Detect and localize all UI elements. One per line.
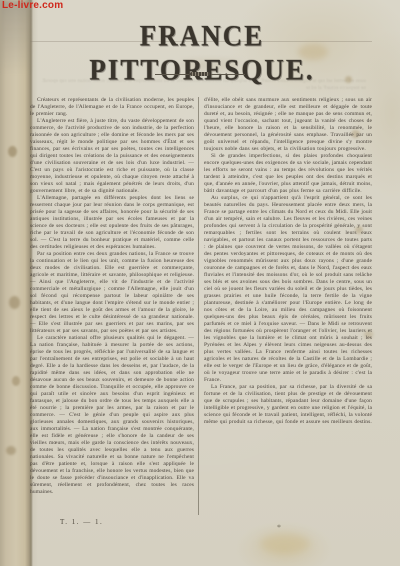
- paper-stain: [260, 534, 310, 554]
- signature-mark: T. 1. — 1.: [60, 518, 103, 526]
- scanned-book-page: Le-livre.com FRANCE PITTORESQUE. suon ed…: [0, 0, 400, 566]
- paragraph: Par sa position entre ces deux grandes n…: [30, 251, 194, 335]
- right-column: d'élite, elle obéit sans murmure aux sen…: [204, 97, 372, 515]
- divider-left-rule: [155, 74, 189, 75]
- paragraph: Si de grandes imperfections, si des plai…: [204, 153, 372, 195]
- divider-right-rule: [211, 74, 245, 75]
- paragraph: Créateurs et représentants de la civilis…: [30, 97, 194, 118]
- masthead: FRANCE PITTORESQUE.: [30, 22, 374, 60]
- seller-watermark: Le-livre.com: [2, 0, 63, 11]
- paragraph: d'élite, elle obéit sans murmure aux sen…: [204, 97, 372, 153]
- paragraph: L'Allemagne, partagée en différents peup…: [30, 195, 194, 251]
- divider-braid-ornament: [190, 72, 210, 76]
- paragraph: L'Angleterre est fière, à juste titre, d…: [30, 118, 194, 195]
- column-divider-rule: [198, 97, 199, 515]
- paragraph: Au surplus, ce qui n'appartient qu'à l'e…: [204, 195, 372, 384]
- ornamental-divider: [0, 71, 400, 77]
- left-column: Créateurs et représentants de la civilis…: [30, 97, 194, 515]
- text-columns: Créateurs et représentants de la civilis…: [30, 97, 372, 515]
- section-mark: *: [277, 523, 281, 532]
- paragraph: La France, par sa position, par sa riche…: [204, 384, 372, 426]
- paragraph: Le caractère national offre plusieurs qu…: [30, 335, 194, 496]
- book-edge-shadow: [0, 0, 30, 74]
